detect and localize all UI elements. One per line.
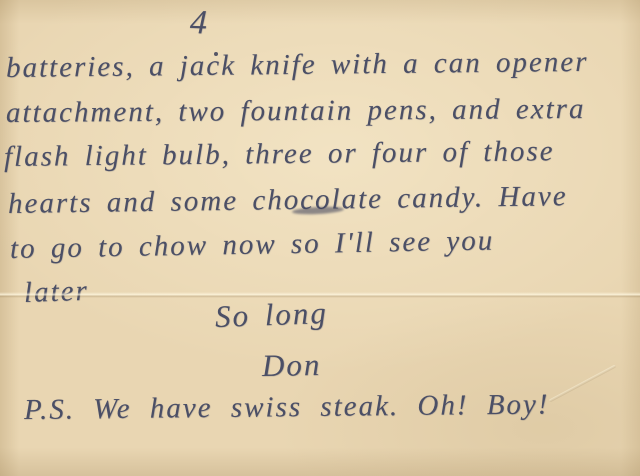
letter-line: batteries, a jack knife with a can opene… (6, 46, 589, 85)
page-number: 4 (189, 4, 209, 43)
letter-line: attachment, two fountain pens, and extra (6, 93, 586, 130)
letter-postscript: P.S. We have swiss steak. Oh! Boy! (24, 388, 550, 427)
letter-line: flash light bulb, three or four of those (4, 135, 555, 174)
letter-closing: So long (214, 295, 328, 335)
letter-line: to go to chow now so I'll see you (10, 225, 495, 266)
letter-paper: 4 batteries, a jack knife with a can ope… (0, 0, 640, 476)
paper-wrinkle (549, 365, 617, 403)
letter-signature: Don (262, 347, 322, 384)
letter-line: hearts and some chocolate candy. Have (8, 180, 568, 221)
letter-line: later (23, 275, 89, 310)
